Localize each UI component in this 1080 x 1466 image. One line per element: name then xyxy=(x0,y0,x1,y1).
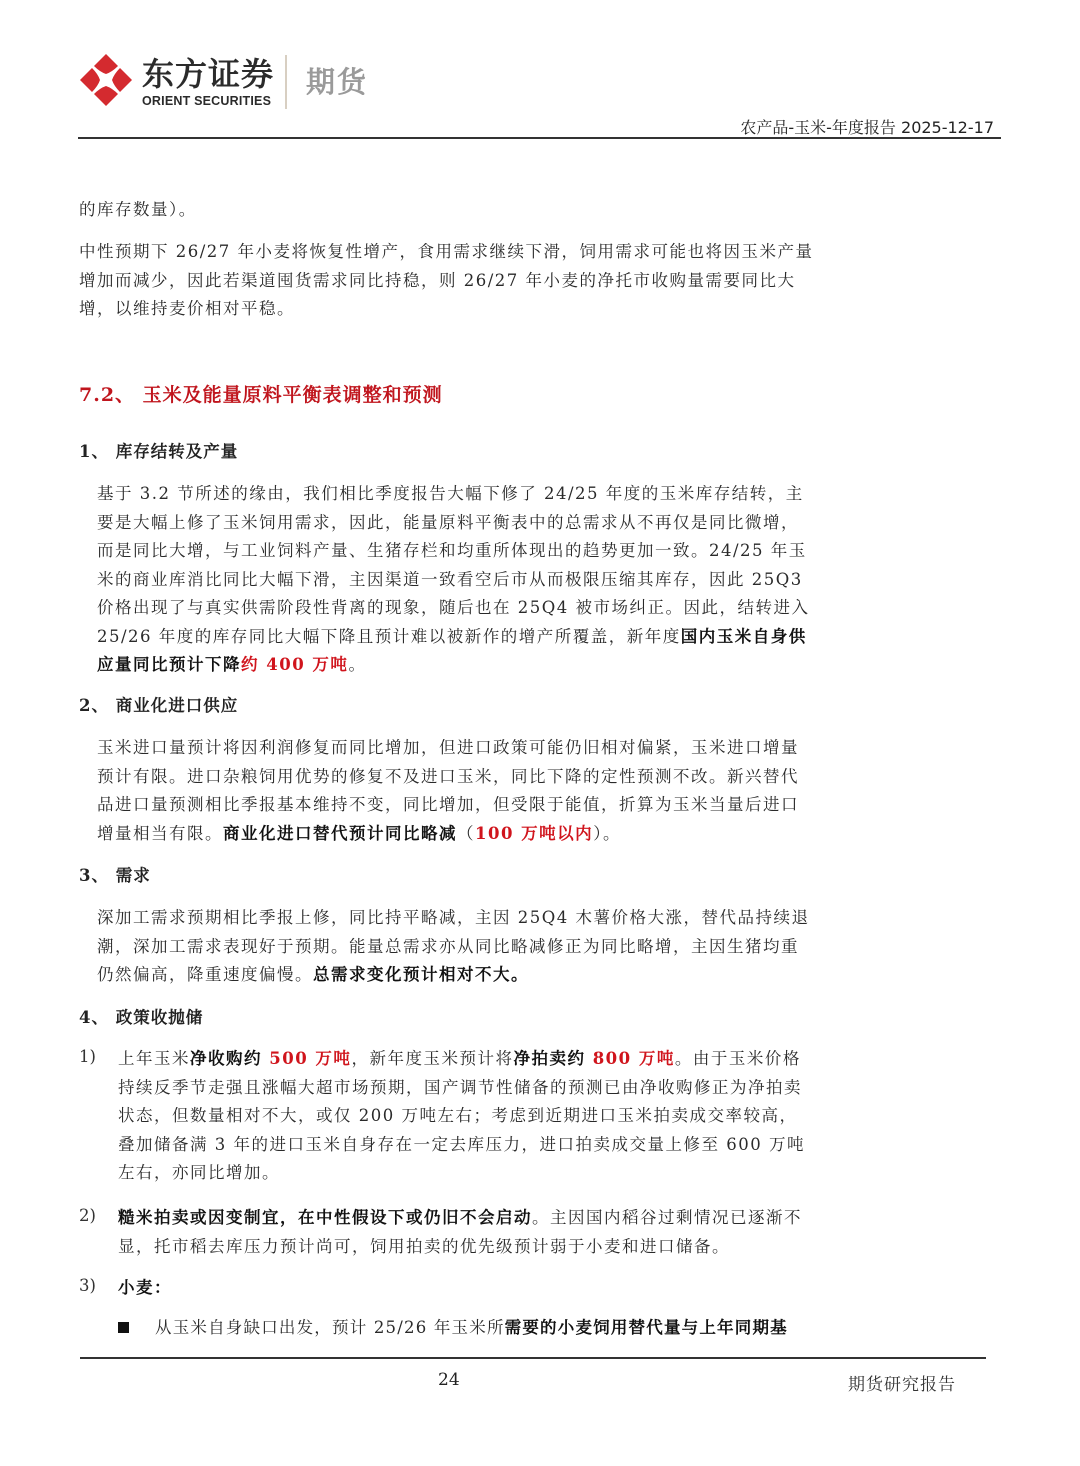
brand-subtitle: 期货 xyxy=(306,60,368,101)
bold-text: 小麦： xyxy=(118,1278,172,1297)
bold-text: 净收购约 xyxy=(190,1049,269,1068)
subsection-title-4: 4、 政策收抛储 xyxy=(79,1004,203,1028)
orient-securities-logo-icon xyxy=(78,52,134,108)
intro-paragraph: 中性预期下 26/27 年小麦将恢复性增产，食用需求继续下滑，饲用需求可能也将因… xyxy=(79,238,819,324)
report-title: 农产品-玉米-年度报告 2025-12-17 xyxy=(740,115,994,138)
subsection-title-2: 2、 商业化进口供应 xyxy=(79,692,238,716)
text: （ xyxy=(457,824,475,843)
subsection-1-paragraph: 基于 3.2 节所述的缘由，我们相比季度报告大幅下修了 24/25 年度的玉米库… xyxy=(97,480,813,680)
text: 。由于玉米价格持续反季节走强且涨幅大超市场预期，国产调节性储备的预测已由净收购修… xyxy=(118,1049,805,1182)
bold-text: 糙米拍卖或因变制宜，在中性假设下或仍旧不会启动 xyxy=(118,1208,532,1227)
subsection-title-1: 1、 库存结转及产量 xyxy=(79,438,238,462)
section-title: 7.2、 玉米及能量原料平衡表调整和预测 xyxy=(79,380,443,407)
subsection-2-paragraph: 玉米进口量预计将因利润修复而同比增加，但进口政策可能仍旧相对偏紧，玉米进口增量预… xyxy=(97,734,813,848)
text: ）。 xyxy=(593,824,621,843)
subsection-title-3: 3、 需求 xyxy=(79,862,151,886)
subsection-3-paragraph: 深加工需求预期相比季报上修，同比持平略减，主因 25Q4 木薯价格大涨，替代品持… xyxy=(97,904,813,990)
list-number: 3) xyxy=(79,1276,96,1295)
bullet-item: 从玉米自身缺口出发，预计 25/26 年玉米所需要的小麦饲用替代量与上年同期基 xyxy=(155,1314,815,1343)
list-number: 2) xyxy=(79,1206,96,1225)
brand-name-en: ORIENT SECURITIES xyxy=(142,94,271,108)
page-number: 24 xyxy=(438,1370,460,1390)
header-rule xyxy=(78,137,1001,139)
bold-text: 总需求变化预计相对不大。 xyxy=(313,965,529,984)
brand-divider xyxy=(285,55,287,109)
square-bullet-icon xyxy=(118,1322,129,1333)
text: 。 xyxy=(348,655,366,674)
highlight-value: 800 万吨 xyxy=(593,1049,675,1068)
list-item-3: 小麦： xyxy=(118,1274,814,1303)
text: 基于 3.2 节所述的缘由，我们相比季度报告大幅下修了 24/25 年度的玉米库… xyxy=(97,484,810,646)
highlight-value: 约 400 万吨 xyxy=(241,655,348,674)
brand-name-cn: 东方证券 xyxy=(142,56,274,92)
highlight-value: 100 万吨以内 xyxy=(475,824,593,843)
footer-rule xyxy=(80,1357,986,1359)
list-number: 1) xyxy=(79,1047,96,1066)
footer-label: 期货研究报告 xyxy=(848,1370,956,1395)
highlight-value: 500 万吨 xyxy=(269,1049,351,1068)
text: 上年玉米 xyxy=(118,1049,190,1068)
intro-line: 的库存数量）。 xyxy=(79,196,819,225)
text: 从玉米自身缺口出发，预计 25/26 年玉米所 xyxy=(155,1318,505,1337)
list-item-1: 上年玉米净收购约 500 万吨，新年度玉米预计将净拍卖约 800 万吨。由于玉米… xyxy=(118,1045,814,1188)
bold-text: 需要的小麦饲用替代量与上年同期基 xyxy=(505,1318,788,1337)
text: ，新年度玉米预计将 xyxy=(351,1049,513,1068)
bold-text: 净拍卖约 xyxy=(513,1049,592,1068)
bold-text: 商业化进口替代预计同比略减 xyxy=(223,824,457,843)
list-item-2: 糙米拍卖或因变制宜，在中性假设下或仍旧不会启动。主因国内稻谷过剩情况已逐渐不显，… xyxy=(118,1204,814,1261)
